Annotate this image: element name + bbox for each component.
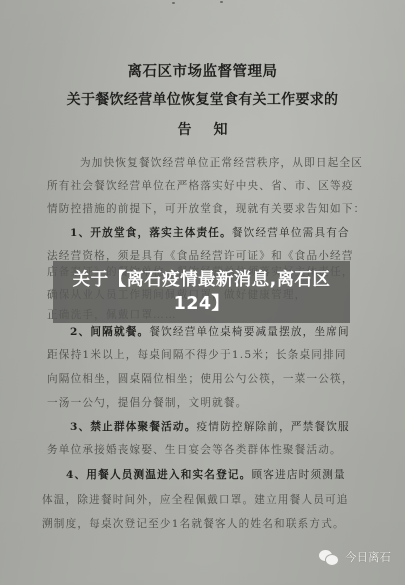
section-4-text: 顾客进店时须测量 — [251, 469, 345, 481]
body-line: 务单位承接婚丧嫁娶、生日宴会等各类群体性聚餐活动。 — [47, 442, 347, 457]
body-line: 为加快恢复餐饮经营单位正常经营秩序，从即日起全区 — [80, 155, 380, 170]
section-4-heading: 4、用餐人员测温进入和实名登记。 — [66, 469, 251, 481]
watermark-label: 今日离石 — [345, 549, 391, 565]
body-line: 向隔位相坐，圆桌隔位相坐；使用公勺公筷，一菜一公筷， — [47, 371, 347, 386]
section-1-heading: 1、开放堂食，落实主体责任。 — [70, 227, 232, 239]
section-4-line: 4、用餐人员测温进入和实名登记。顾客进店时须测量 — [66, 467, 366, 482]
paper-speck — [220, 1, 223, 3]
body-line: 溯制度，每桌次登记至少1名就餐客人的姓名和联系方式。 — [42, 516, 342, 531]
section-2-heading: 2、间隔就餐。 — [70, 326, 149, 338]
body-line: 距保持1米以上，每桌间隔不得少于1.5米；长条桌同排同 — [47, 347, 347, 362]
caption-overlay: 关于【离石疫情最新消息,离石区124】 — [53, 261, 350, 323]
section-1-line: 1、开放堂食，落实主体责任。餐饮经营单位需具有合 — [70, 225, 370, 240]
source-watermark: 今日离石 — [319, 549, 391, 565]
body-line: 所有社会餐饮经营单位在严格落实好中央、省、市、区等疫 — [47, 178, 347, 193]
body-line: 体温，除进餐时间外，应全程佩戴口罩。建立用餐人员可追 — [42, 492, 342, 507]
issuing-organization: 离石区市场监督管理局 — [0, 60, 405, 81]
section-2-text: 餐饮经营单位桌椅要减量摆放，坐席间 — [149, 326, 350, 338]
section-3-text: 疫情防控解除前，严禁餐饮服 — [197, 421, 350, 433]
section-1-text: 餐饮经营单位需具有合 — [232, 227, 350, 239]
section-3-line: 3、禁止群体聚餐活动。疫情防控解除前，严禁餐饮服 — [70, 419, 370, 434]
section-3-heading: 3、禁止群体聚餐活动。 — [70, 421, 197, 433]
section-2-line: 2、间隔就餐。餐饮经营单位桌椅要减量摆放，坐席间 — [70, 324, 370, 339]
wechat-icon — [319, 550, 339, 565]
notice-title: 关于餐饮经营单位恢复堂食有关工作要求的 — [0, 89, 405, 109]
body-line: 一汤一公勺，提倡分餐制，文明就餐。 — [47, 395, 347, 410]
caption-text: 关于【离石疫情最新消息,离石区124】 — [67, 268, 337, 316]
paper-speck — [172, 2, 175, 4]
notice-label: 告知 — [0, 119, 405, 139]
body-line: 情防控措施的前提下，可开放堂食，现就有关要求告知如下： — [47, 201, 347, 216]
